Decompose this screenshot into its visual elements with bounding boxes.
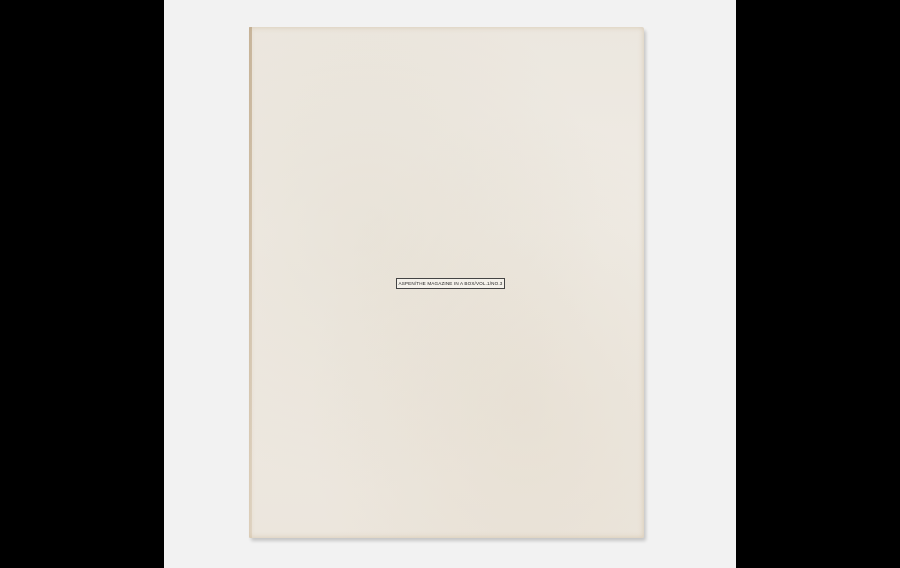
photo-background: ASPEN/THE MAGAZINE IN A BOX/VOL.1/NO.3 — [164, 0, 736, 568]
cover-title-label: ASPEN/THE MAGAZINE IN A BOX/VOL.1/NO.3 — [396, 278, 505, 289]
magazine-cover: ASPEN/THE MAGAZINE IN A BOX/VOL.1/NO.3 — [249, 27, 644, 538]
